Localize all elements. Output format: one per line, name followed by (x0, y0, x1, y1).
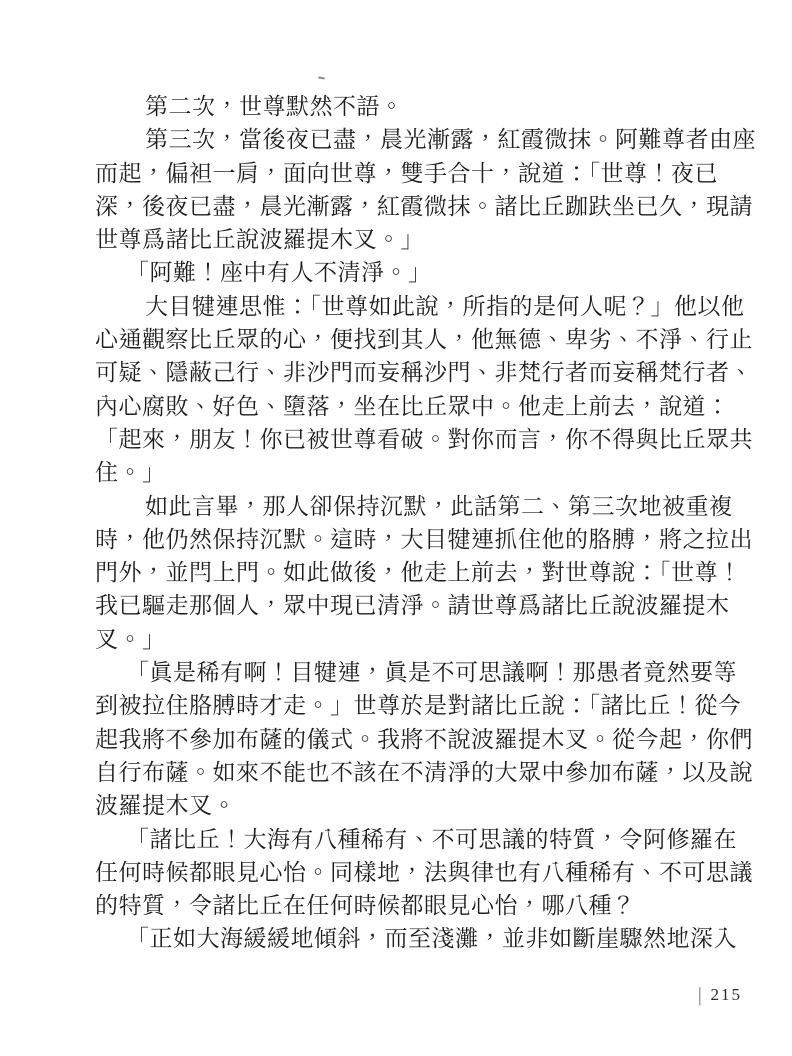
text-line: 到被拉住胳膊時才走。」世尊於是對諸比丘說：「諸比丘！從今 (95, 689, 717, 722)
page-number: 215 (711, 985, 743, 1004)
text-line: 時，他仍然保持沉默。這時，大目犍連抓住他的胳膊，將之拉出 (95, 523, 717, 556)
text-line: 「正如大海緩緩地傾斜，而至淺灘，並非如斷崖驟然地深入 (95, 922, 717, 955)
text-line: 大目犍連思惟：「世尊如此說，所指的是何人呢？」他以他 (95, 290, 717, 323)
text-line: 自行布薩。如來不能也不該在不清淨的大眾中參加布薩，以及說 (95, 756, 717, 789)
text-line: 起我將不參加布薩的儀式。我將不說波羅提木叉。從今起，你們 (95, 723, 717, 756)
text-line: 「諸比丘！大海有八種稀有、不可思議的特質，令阿修羅在 (95, 823, 717, 856)
text-line: 任何時候都眼見心怡。同樣地，法與律也有八種稀有、不可思議 (95, 856, 717, 889)
text-line: 世尊爲諸比丘說波羅提木叉。」 (95, 223, 717, 256)
book-page: 第二次，世尊默然不語。第三次，當後夜已盡，晨光漸露，紅霞微抹。阿難尊者由座而起，… (0, 0, 792, 1056)
text-line: 門外，並閂上門。如此做後，他走上前去，對世尊說：「世尊！ (95, 556, 717, 589)
body-text: 第二次，世尊默然不語。第三次，當後夜已盡，晨光漸露，紅霞微抹。阿難尊者由座而起，… (95, 90, 717, 956)
text-line: 「起來，朋友！你已被世尊看破。對你而言，你不得與比丘眾共 (95, 423, 717, 456)
text-line: 可疑、隱蔽己行、非沙門而妄稱沙門、非梵行者而妄稱梵行者、 (95, 356, 717, 389)
text-line: 內心腐敗、好色、墮落，坐在比丘眾中。他走上前去，說道： (95, 390, 717, 423)
text-line: 深，後夜已盡，晨光漸露，紅霞微抹。諸比丘跏趺坐已久，現請 (95, 190, 717, 223)
page-footer: |215 (0, 985, 742, 1005)
text-line: 我已驅走那個人，眾中現已清淨。請世尊爲諸比丘說波羅提木 (95, 589, 717, 622)
folio-divider-bar: | (698, 984, 701, 1007)
text-line: 心通觀察比丘眾的心，便找到其人，他無德、卑劣、不淨、行止 (95, 323, 717, 356)
text-line: 「阿難！座中有人不清淨。」 (95, 256, 717, 289)
text-line: 第三次，當後夜已盡，晨光漸露，紅霞微抹。阿難尊者由座 (95, 123, 717, 156)
text-line: 波羅提木叉。 (95, 789, 717, 822)
stray-ink-mark (318, 77, 325, 80)
text-line: 的特質，令諸比丘在任何時候都眼見心怡，哪八種？ (95, 889, 717, 922)
text-line: 而起，偏袒一肩，面向世尊，雙手合十，說道：「世尊！夜已 (95, 157, 717, 190)
text-line: 第二次，世尊默然不語。 (95, 90, 717, 123)
text-line: 「眞是稀有啊！目犍連，眞是不可思議啊！那愚者竟然要等 (95, 656, 717, 689)
text-line: 如此言畢，那人卻保持沉默，此話第二、第三次地被重複 (95, 490, 717, 523)
text-line: 住。」 (95, 456, 717, 489)
text-line: 叉。」 (95, 623, 717, 656)
